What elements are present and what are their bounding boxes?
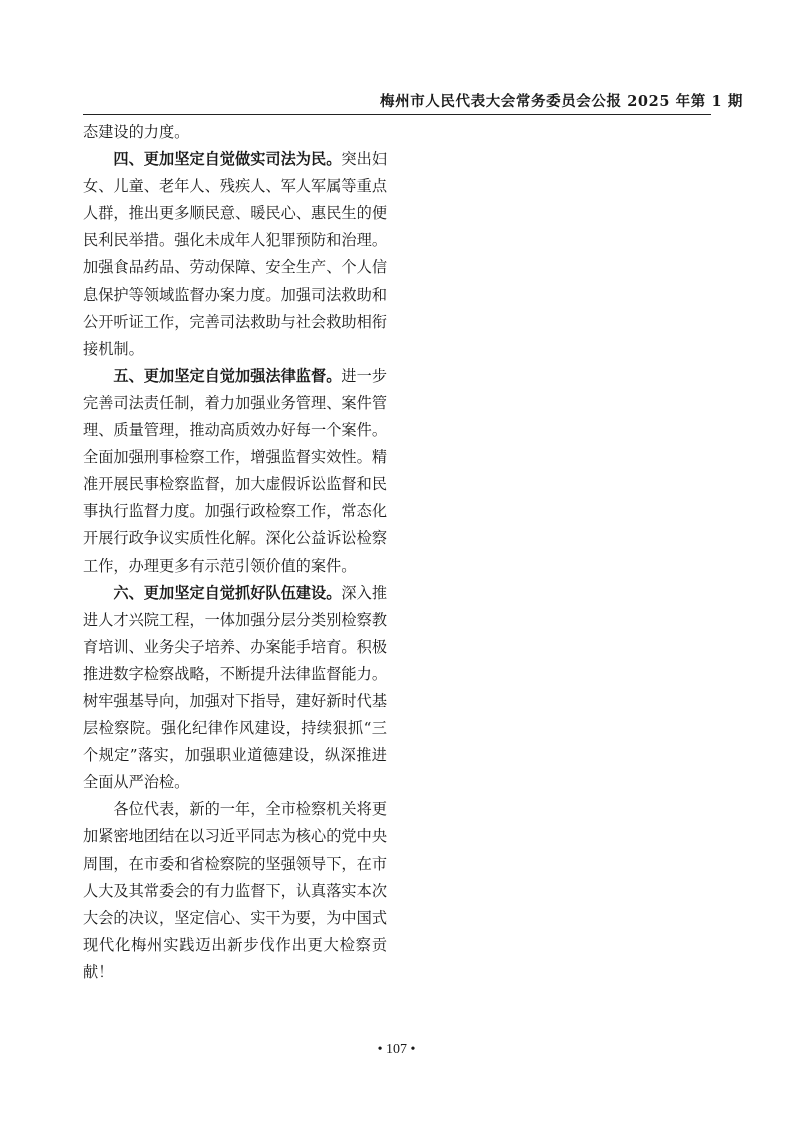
paragraph-text: 突出妇女、儿童、老年人、残疾人、军人军属等重点人群，推出更多顺民意、暖民心、惠民… bbox=[83, 150, 387, 358]
paragraph-closing: 各位代表，新的一年，全市检察机关将更加紧密地团结在以习近平同志为核心的党中央周围… bbox=[83, 796, 387, 986]
document-body: 态建设的力度。 四、更加坚定自觉做实司法为民。突出妇女、儿童、老年人、残疾人、军… bbox=[83, 119, 387, 986]
paragraph-section-5: 五、更加坚定自觉加强法律监督。进一步完善司法责任制，着力加强业务管理、案件管理、… bbox=[83, 363, 387, 580]
publication-title: 梅州市人民代表大会常务委员会公报 2025 年第 1 期 bbox=[380, 90, 708, 111]
section-heading: 四、更加坚定自觉做实司法为民。 bbox=[113, 150, 341, 168]
paragraph-continuation: 态建设的力度。 bbox=[83, 119, 387, 146]
paragraph-text: 进一步完善司法责任制，着力加强业务管理、案件管理、质量管理，推动高质效办好每一个… bbox=[83, 367, 387, 575]
paragraph-text: 深入推进人才兴院工程，一体加强分层分类别检察教育培训、业务尖子培养、办案能手培育… bbox=[83, 584, 387, 792]
section-heading: 五、更加坚定自觉加强法律监督。 bbox=[113, 367, 341, 385]
header-divider bbox=[83, 114, 711, 115]
paragraph-section-4: 四、更加坚定自觉做实司法为民。突出妇女、儿童、老年人、残疾人、军人军属等重点人群… bbox=[83, 146, 387, 363]
paragraph-text: 各位代表，新的一年，全市检察机关将更加紧密地团结在以习近平同志为核心的党中央周围… bbox=[83, 800, 387, 981]
paragraph-section-6: 六、更加坚定自觉抓好队伍建设。深入推进人才兴院工程，一体加强分层分类别检察教育培… bbox=[83, 580, 387, 797]
paragraph-text: 态建设的力度。 bbox=[83, 123, 189, 141]
section-heading: 六、更加坚定自觉抓好队伍建设。 bbox=[113, 584, 341, 602]
page-number: • 107 • bbox=[0, 1042, 793, 1058]
